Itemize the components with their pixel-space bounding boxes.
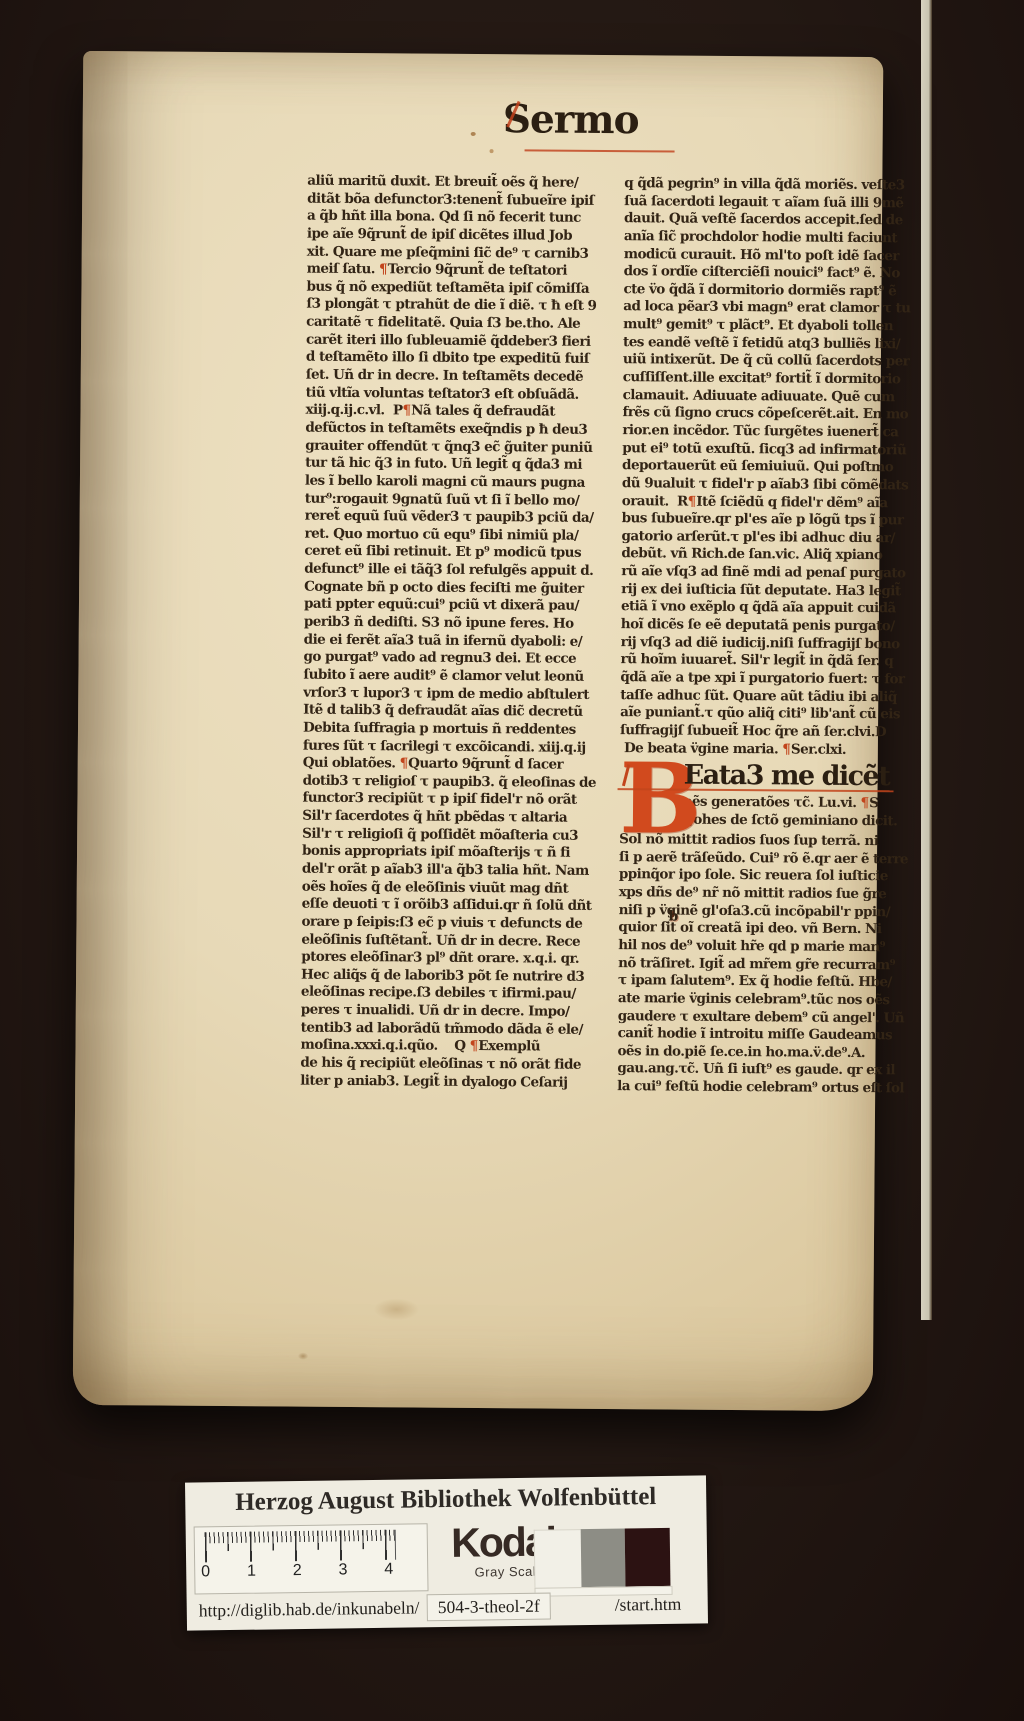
text-line: rij ex dei iuſticia ſũt deputate. Ha3 le… — [621, 581, 891, 601]
text-line: ptores eleõſinar3 pl⁹ dñt orare. x.q.i. … — [301, 949, 579, 969]
text-line: a q̃b hñt illa bona. Qd ſi nõ fecerit tu… — [307, 208, 585, 228]
text-line: peres τ inualidi. Uñ dr in decre. Impo/ — [301, 1002, 579, 1022]
library-name: Herzog August Bibliothek Wolfenbüttel — [185, 1482, 706, 1517]
text-line: la cui⁹ feſtũ hodie celebram⁹ ortus eſt … — [617, 1078, 887, 1098]
cm-ruler: 01234 — [194, 1523, 429, 1594]
text-line: quior ſit oĩ creatã ipi deo. vñ Bern. Ni — [618, 919, 888, 939]
text-line: del'r orãt p aĩab3 ill'a q̃b3 talia hñt.… — [302, 861, 580, 881]
text-line: go purgat⁹ vado ad regnu3 dei. Et ecce — [304, 649, 582, 669]
text-line: Debita ſuffragia p mortuis ñ reddentes — [303, 719, 581, 739]
text-line: eleõſinas recipe.ſ3 debiles τ ifirmi.pau… — [301, 984, 579, 1004]
label-bottom-row: http://diglib.hab.de/inkunabeln/ 504-3-t… — [187, 1590, 708, 1627]
text-line: xps dñs de⁹ nr̃ nõ mittit radios ſue g̃r… — [619, 884, 889, 904]
text-line: modicũ curauit. Hõ ml'to poſt idẽ ſacer — [624, 246, 894, 266]
ruler-ticks — [205, 1530, 396, 1563]
text-line: rũ aĩe vſq3 ad finẽ mdi ad penaſ purgato — [621, 563, 891, 583]
text-line: tiũ vltĩa voluntas teſtator3 eſt obſuãdã… — [306, 384, 584, 404]
text-line: hil nos de⁹ voluit hr̃e qd p marie man⁹ — [618, 937, 888, 957]
text-line: frẽs cũ ſigno crucs cõpeſcerẽt.ait. En m… — [622, 404, 892, 424]
text-column-left: aliũ maritũ duxit. Et breuit̃ oẽs q̃ her… — [300, 173, 585, 1092]
text-line: rũ hoĩm iuuaret̃. Sil'r legit̃ in q̃dã ſ… — [620, 651, 890, 671]
rubric-pilcrow: ¶ — [782, 741, 791, 757]
text-line: aĩe puniant̃.τ qũo aliq̃ citi⁹ lib'ant̃ … — [620, 704, 890, 724]
text-line: gau.ang.τc̃. Uñ ſi iuſt⁹ es gaude. qr ex… — [617, 1061, 887, 1081]
text-line: tur tã hic q̃3 in futo. Uñ legit̃ q q̃da… — [305, 455, 583, 475]
text-line: deportauerũt eũ ſemiuiuũ. Qui poſtmo — [622, 457, 892, 477]
parchment-stain — [298, 1353, 308, 1360]
text-column-right: q q̃dã pegrin⁹ in villa q̃dã moriẽs. veſ… — [617, 175, 894, 1098]
shelfmark: 504-3-theol-2f — [427, 1593, 551, 1622]
text-line: gatorio arſerũt.τ pl'es ibi adhuc diu ar… — [621, 528, 891, 548]
text-line: niſi p v̈ginẽ gl'oſa3.cũ incõpabil'r ppi… — [619, 902, 889, 922]
text-line: ipe aĩe 9q̃runt̃ de ipiſ dicẽtes illud J… — [307, 226, 585, 246]
text-line: hoĩ dicẽs ſe eẽ deputatã penis purgato/ — [621, 616, 891, 636]
text-line: perib3 ñ dediſti. S3 nõ ipune feres. Ho — [304, 614, 582, 634]
text-line: ſubito ĩ aere audit⁹ ẽ clamor velut leon… — [303, 667, 581, 687]
sermon-incipit-heading: Eata3 me dicẽt — [620, 757, 890, 795]
start-page-path: /start.htm — [615, 1594, 682, 1616]
text-line: reret̃ equũ ſuũ vẽder3 τ paupib3 pciũ da… — [305, 508, 583, 528]
text-line: functor3 recipiũt τ p ipiſ fidel'r nõ or… — [302, 790, 580, 810]
text-line: put ei⁹ totũ exuſtũ. ſicq3 ad infirmator… — [622, 440, 892, 460]
text-line: meiſ ſatu. ¶Tercio 9q̃runt̃ de teſtatori — [307, 261, 585, 281]
text-line: ſuffragijſ ſubueit̃ Hoc q̃re añ ſer.clvi… — [620, 722, 890, 742]
rubric-pilcrow: ¶ — [402, 403, 411, 419]
incunable-page: Sermo aliũ maritũ duxit. Et breuit̃ oẽs … — [73, 51, 884, 1411]
text-line: defunct⁹ ille ei tãq̃3 ſol refulgẽs appu… — [304, 561, 582, 581]
text-line: Cognate bñ p octo dies feciſti me g̃uite… — [304, 578, 582, 598]
text-line: eleõſinis ſuſtẽtant̃. Uñ dr in decre. Re… — [301, 931, 579, 951]
patch-white — [534, 1529, 582, 1590]
digitized-incunable-photograph: { "colors":{"rubric_red":"#c2451c","ink"… — [0, 0, 1024, 1721]
text-line: canit̃ hodie ĩ introitu miſſe Gaudeamus — [618, 1025, 888, 1045]
text-line: aliũ maritũ duxit. Et breuit̃ oẽs q̃ her… — [307, 173, 585, 193]
ruler-number: 3 — [338, 1561, 347, 1579]
text-line: q q̃dã pegrin⁹ in villa q̃dã moriẽs. veſ… — [624, 175, 894, 195]
text-line: etiã ĩ vno exẽplo q q̃dã aĩa appuit cuid… — [621, 598, 891, 618]
text-line: eſſe deuoti τ ĩ orõib3 aſſidui.qr ñ ſolũ… — [302, 896, 580, 916]
text-line: d teſtamẽto illo ſi dbito tpe expeditũ f… — [306, 349, 584, 369]
text-lines-bottom: Sol nõ mittit radios ſuos ſup terrã. niſ… — [617, 831, 889, 1098]
text-line: uiũ intixerũt. De q̃ cũ collũ ſacerdots … — [623, 352, 893, 372]
text-line: die ei ferẽt aĩa3 tuã in ifernũ dyaboli:… — [304, 631, 582, 651]
text-line: orare p ſeipis:ſ3 ec̃ p viuis τ defuncts… — [301, 914, 579, 934]
ruler-number: 0 — [201, 1563, 210, 1581]
text-line: defũctos in teſtamẽts exeq̃ndis p ħ deu3 — [305, 420, 583, 440]
text-line: Itẽ d talib3 q̃ defraudãt aĩas dic̃ decr… — [303, 702, 581, 722]
text-line: tes eandẽ veſtẽ ĩ fetidũ atq3 bulliẽs li… — [623, 334, 893, 354]
book-fore-edge-sliver — [921, 0, 932, 1320]
text-line: dos ĩ ordĩe ciſterciẽſi nouici⁹ fact⁹ ẽ.… — [624, 263, 894, 283]
library-scale-label: Herzog August Bibliothek Wolfenbüttel 01… — [185, 1475, 708, 1630]
text-line: oẽs hoĩes q̃ de eleõſinis viuũt mag dñt — [302, 878, 580, 898]
text-line: nõ trãſiret. Igit̃ ad mr̃em gr̃e recurra… — [618, 955, 888, 975]
text-line: Qui oblatões. ¶Quarto 9q̃runt̃ d ſacer — [303, 755, 581, 775]
ruler-numbers: 01234 — [201, 1561, 393, 1582]
text-line: oẽs in do.piẽ ſe.ce.in ho.ma.v̈.de⁹.A. — [617, 1043, 887, 1063]
text-line: ditãt bõa defunctor3:tenent̃ ſubueĩre ip… — [307, 190, 585, 210]
rubric-pilcrow: ¶ — [400, 756, 409, 772]
ink-spot — [471, 132, 476, 136]
text-line: debũt. vñ Rich.de ſan.vic. Aliq̃ xpiano — [621, 546, 891, 566]
patch-dark — [625, 1528, 671, 1587]
text-line: ppinq̃or ipo ſole. Sic reuera ſol iuſtic… — [619, 867, 889, 887]
text-line: cte v̈o q̃dã ĩ dormitorio dormiẽs rapt⁹ … — [623, 281, 893, 301]
text-line: xiij.q.ij.c.vl. P¶Nã tales q̃ defraudãt — [305, 402, 583, 422]
text-line: de his q̃ recipiũt eleõſinas τ nõ orãt f… — [300, 1055, 578, 1075]
text-line: bus ſubueĩre.qr pl'es aĩe p lõgũ tps ĩ p… — [622, 510, 892, 530]
text-line: ceret eũ ſibi retinuit. Et p⁹ modicũ tpu… — [304, 543, 582, 563]
text-line: Hec aliq̃s q̃ de laborib3 põt ſe nutrire… — [301, 966, 579, 986]
text-line: pati ppter equũ:cui⁹ pciũ vt dixerã pau/ — [304, 596, 582, 616]
text-line: ad loca pẽar3 vbi magn⁹ erat clamor τ tu — [623, 299, 893, 319]
rubric-pilcrow: ¶ — [688, 493, 697, 509]
text-line: τ ipam ſalutem⁹. Ex q̃ hodie feſtũ. Hbe/ — [618, 972, 888, 992]
guide-letter: b — [668, 878, 678, 956]
text-line: moſina.xxxi.q.i.qũo. Q ¶Exemplũ — [300, 1037, 578, 1057]
text-line: vrſor3 τ lupor3 τ ipm de medio abſtulert — [303, 684, 581, 704]
red-head-rule — [525, 149, 675, 152]
text-line: ſet. Uñ dr in decre. In teſtamẽts decedẽ — [306, 367, 584, 387]
text-line: orauit. R¶Itẽ ſciẽdũ q fidel'r dẽm⁹ aĩa — [622, 493, 892, 513]
rubric-pilcrow: ¶ — [860, 795, 869, 811]
text-line: carẽt iteri illo ſubleuamiẽ q̃ddeber3 fi… — [306, 331, 584, 351]
text-line: Sil'r τ religioſi q̃ poſſidẽt mõaſteria … — [302, 825, 580, 845]
text-line: tentib3 ad laborãdũ tm̃modo dãda ẽ ele/ — [301, 1019, 579, 1039]
text-line: ſ3 plongãt τ ptrahũt de die ĩ diẽ. τ ħ e… — [306, 296, 584, 316]
sermon-start-section: Bb Eata3 me dicẽt oẽs generatões τc̃. Lu… — [617, 757, 890, 1098]
text-line: liter p aniab3. Legit̃ in dyalogo Ceſari… — [300, 1072, 578, 1092]
parchment-stain — [373, 1298, 419, 1320]
text-line: bus q̃ nõ expediũt teſtamẽta ipiſ cõmiſſ… — [306, 278, 584, 298]
text-line: dauit. Quã veſtẽ ſacerdos accepit.ſed de — [624, 210, 894, 230]
running-head: Sermo — [503, 96, 763, 144]
text-line: dotib3 τ religioſ τ paupib3. q̃ eleoſina… — [303, 772, 581, 792]
text-line: mult⁹ gemit⁹ τ plãct⁹. Et dyaboli tollen — [623, 316, 893, 336]
ruler-number: 4 — [384, 1561, 393, 1579]
text-line: les ĩ bello karoli magni cũ maurs pugna — [305, 473, 583, 493]
text-line: cuſſiſſent.ille excitat⁹ fortit̃ ĩ dormi… — [623, 369, 893, 389]
ruler-number: 1 — [247, 1563, 256, 1581]
text-line: ſuã ſacerdoti legauit τ aĩam ſuã illi 9m… — [624, 193, 894, 213]
text-line: ret. Quo mortuo cũ equ⁹ ſibi nimiũ pla/ — [304, 525, 582, 545]
text-line: clamauit. Adiuuate adiuuate. Quẽ cum — [623, 387, 893, 407]
rubricated-initial-S: Sermo — [503, 96, 639, 143]
text-line: q̃dã aĩe a tpe xpi ĩ purgatorio fuert: τ… — [620, 669, 890, 689]
rubric-pilcrow: ¶ — [470, 1038, 479, 1054]
gray-scale-patches — [534, 1528, 671, 1588]
text-line: ate marie v̈ginis celebram⁹.tũc nos oẽs — [618, 990, 888, 1010]
text-lines-top: q q̃dã pegrin⁹ in villa q̃dã moriẽs. veſ… — [620, 175, 895, 759]
text-line: Sil'r ſacerdotes q̃ hñt pbẽdas τ altaria — [302, 808, 580, 828]
text-line: dũ 9ualuit τ fidel'r p aĩab3 ſibi cõmẽda… — [622, 475, 892, 495]
text-line: caritatẽ τ fidelitatẽ. Quia ſ3 be.tho. A… — [306, 314, 584, 334]
text-line: rior.en incẽdor. Tũc ſurgẽtes iuenert̃ c… — [622, 422, 892, 442]
text-line: bonis appropriats ipiſ mõaſterijs τ ñ fi — [302, 843, 580, 863]
diglib-url: http://diglib.hab.de/inkunabeln/ — [199, 1597, 420, 1621]
text-line: anĩa ſic̃ prochdolor hodie multi faciunt — [624, 228, 894, 248]
rubric-pilcrow: ¶ — [379, 261, 388, 277]
ruler-number: 2 — [293, 1562, 302, 1580]
patch-gray — [581, 1529, 626, 1588]
ink-spot — [490, 149, 494, 153]
